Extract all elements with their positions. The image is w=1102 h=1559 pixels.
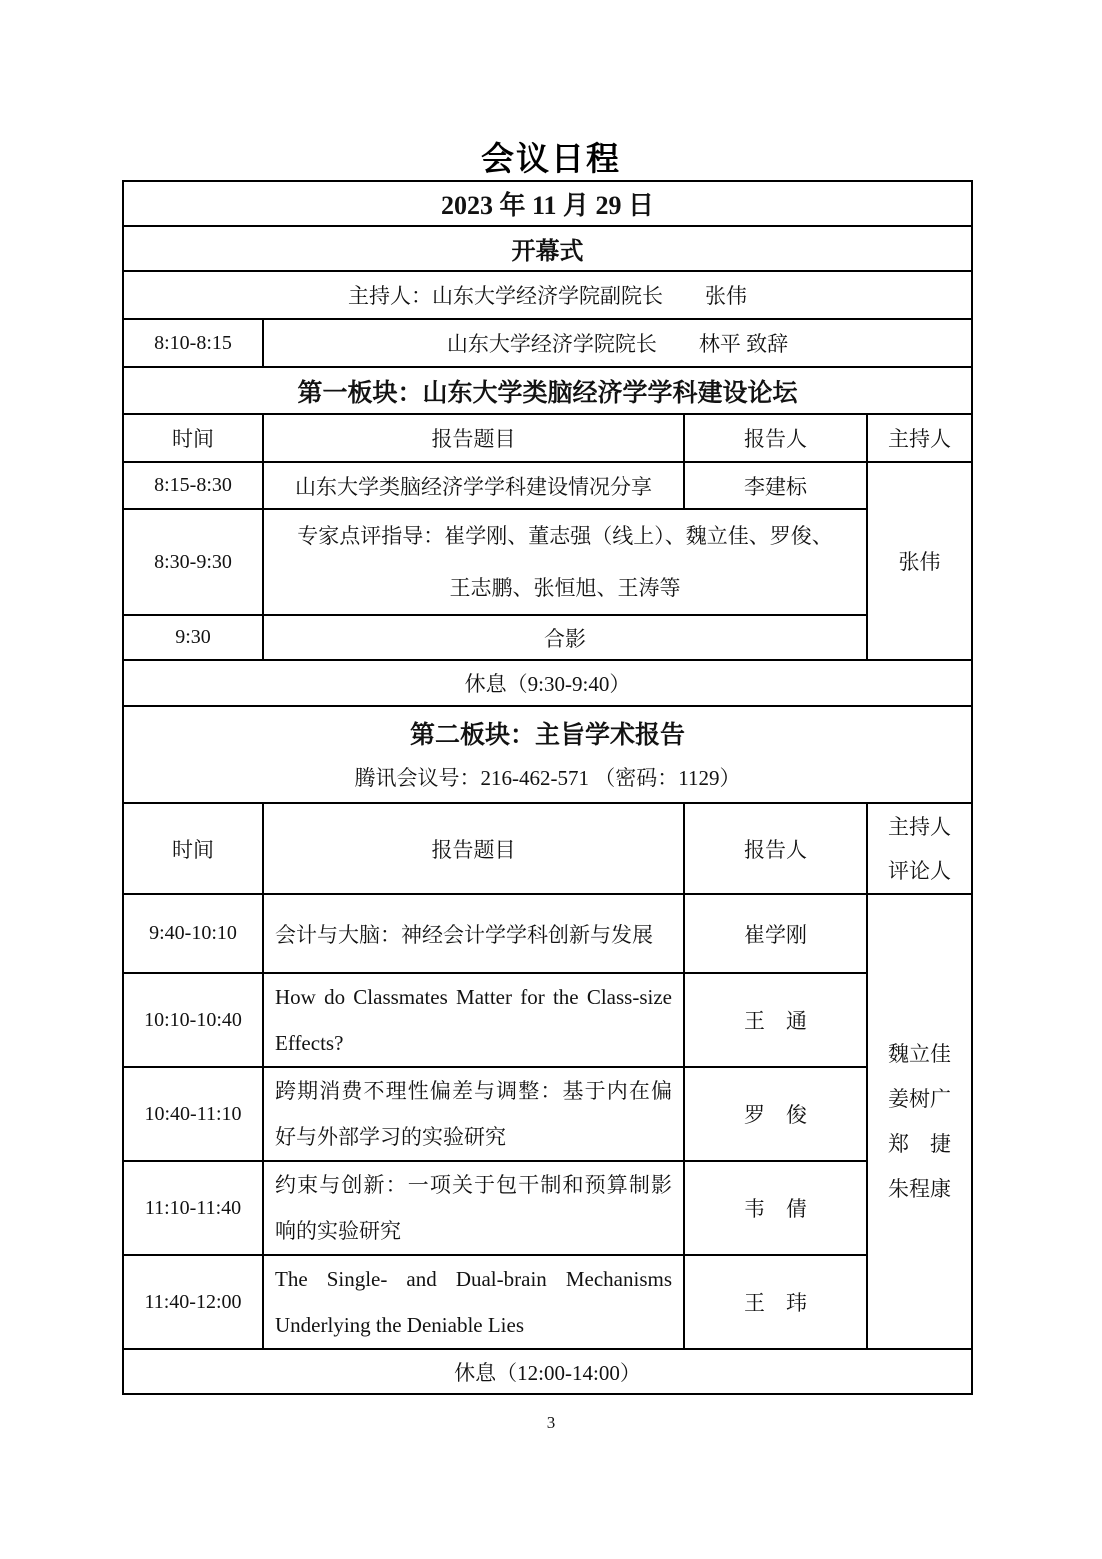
speaker-cell: 韦 倩 bbox=[684, 1161, 867, 1255]
speaker-cell: 王 玮 bbox=[684, 1255, 867, 1349]
time-cell: 8:30-9:30 bbox=[123, 509, 263, 615]
table-row: 8:15-8:30 山东大学类脑经济学学科建设情况分享 李建标 张伟 bbox=[123, 462, 972, 509]
topic-cell: How do Classmates Matter for the Class-s… bbox=[263, 973, 684, 1067]
topic-cell: 山东大学类脑经济学学科建设情况分享 bbox=[263, 462, 684, 509]
time-cell: 8:10-8:15 bbox=[123, 319, 263, 367]
topic-cell: 专家点评指导：崔学刚、董志强（线上）、魏立佳、罗俊、 王志鹏、张恒旭、王涛等 bbox=[263, 509, 867, 615]
topic-text: 约束与创新：一项关于包干制和预算制影响的实验研究 bbox=[275, 1162, 672, 1254]
opening-title: 开幕式 bbox=[123, 226, 972, 271]
table-row: 11:40-12:00 The Single- and Dual-brain M… bbox=[123, 1255, 972, 1349]
break-cell: 休息（12:00-14:00） bbox=[123, 1349, 972, 1394]
date-header: 2023 年 11 月 29 日 bbox=[123, 181, 972, 226]
date-row: 2023 年 11 月 29 日 bbox=[123, 181, 972, 226]
header-line: 评论人 bbox=[868, 849, 971, 893]
time-cell: 11:10-11:40 bbox=[123, 1161, 263, 1255]
speaker-cell: 王 通 bbox=[684, 973, 867, 1067]
document-title: 会议日程 bbox=[0, 133, 1102, 180]
page-number: 3 bbox=[0, 1413, 1102, 1433]
break-cell: 休息（9:30-9:40） bbox=[123, 660, 972, 706]
time-cell: 11:40-12:00 bbox=[123, 1255, 263, 1349]
section2-hosts-cell: 魏立佳 姜树广 郑 捷 朱程康 bbox=[867, 894, 972, 1349]
meeting-id-line: 腾讯会议号：216-462-571 （密码：1129） bbox=[124, 759, 971, 797]
section2-title: 第二板块：主旨学术报告 bbox=[124, 713, 971, 759]
opening-host-row: 主持人：山东大学经济学院副院长 张伟 bbox=[123, 271, 972, 319]
column-header-topic: 报告题目 bbox=[263, 803, 684, 894]
topic-line: 王志鹏、张恒旭、王涛等 bbox=[264, 562, 866, 614]
speaker-cell: 崔学刚 bbox=[684, 894, 867, 973]
break-row: 休息（9:30-9:40） bbox=[123, 660, 972, 706]
column-header-speaker: 报告人 bbox=[684, 414, 867, 462]
opening-row: 开幕式 bbox=[123, 226, 972, 271]
column-header-topic: 报告题目 bbox=[263, 414, 684, 462]
section2-title-cell: 第二板块：主旨学术报告 腾讯会议号：216-462-571 （密码：1129） bbox=[123, 706, 972, 803]
topic-cell: The Single- and Dual-brain Mechanisms Un… bbox=[263, 1255, 684, 1349]
topic-cell: 会计与大脑：神经会计学学科创新与发展 bbox=[263, 894, 684, 973]
section1-header-row: 时间 报告题目 报告人 主持人 bbox=[123, 414, 972, 462]
table-row: 11:10-11:40 约束与创新：一项关于包干制和预算制影响的实验研究 韦 倩 bbox=[123, 1161, 972, 1255]
topic-text: The Single- and Dual-brain Mechanisms Un… bbox=[275, 1256, 672, 1348]
speaker-cell: 罗 俊 bbox=[684, 1067, 867, 1161]
table-row: 10:40-11:10 跨期消费不理性偏差与调整：基于内在偏好与外部学习的实验研… bbox=[123, 1067, 972, 1161]
topic-cell: 合影 bbox=[263, 615, 867, 660]
section2-title-row: 第二板块：主旨学术报告 腾讯会议号：216-462-571 （密码：1129） bbox=[123, 706, 972, 803]
column-header-time: 时间 bbox=[123, 803, 263, 894]
topic-text: How do Classmates Matter for the Class-s… bbox=[275, 974, 672, 1066]
host-name: 姜树广 bbox=[868, 1077, 971, 1122]
topic-text: 跨期消费不理性偏差与调整：基于内在偏好与外部学习的实验研究 bbox=[275, 1068, 672, 1160]
opening-host-line: 主持人：山东大学经济学院副院长 张伟 bbox=[123, 271, 972, 319]
schedule-table: 2023 年 11 月 29 日 开幕式 主持人：山东大学经济学院副院长 张伟 … bbox=[122, 180, 973, 1395]
column-header-time: 时间 bbox=[123, 414, 263, 462]
time-cell: 8:15-8:30 bbox=[123, 462, 263, 509]
topic-cell: 跨期消费不理性偏差与调整：基于内在偏好与外部学习的实验研究 bbox=[263, 1067, 684, 1161]
time-cell: 10:40-11:10 bbox=[123, 1067, 263, 1161]
host-name: 郑 捷 bbox=[868, 1122, 971, 1167]
topic-line: 专家点评指导：崔学刚、董志强（线上）、魏立佳、罗俊、 bbox=[264, 510, 866, 562]
break-row: 休息（12:00-14:00） bbox=[123, 1349, 972, 1394]
section1-host-cell: 张伟 bbox=[867, 462, 972, 660]
table-row: 8:30-9:30 专家点评指导：崔学刚、董志强（线上）、魏立佳、罗俊、 王志鹏… bbox=[123, 509, 972, 615]
table-row: 9:30 合影 bbox=[123, 615, 972, 660]
speaker-cell: 李建标 bbox=[684, 462, 867, 509]
speech-cell: 山东大学经济学院院长 林平 致辞 bbox=[263, 319, 972, 367]
opening-speech-row: 8:10-8:15 山东大学经济学院院长 林平 致辞 bbox=[123, 319, 972, 367]
column-header-host-commenter: 主持人 评论人 bbox=[867, 803, 972, 894]
section1-title-row: 第一板块：山东大学类脑经济学学科建设论坛 bbox=[123, 367, 972, 414]
time-cell: 10:10-10:40 bbox=[123, 973, 263, 1067]
time-cell: 9:30 bbox=[123, 615, 263, 660]
column-header-host: 主持人 bbox=[867, 414, 972, 462]
header-line: 主持人 bbox=[868, 805, 971, 849]
table-row: 9:40-10:10 会计与大脑：神经会计学学科创新与发展 崔学刚 魏立佳 姜树… bbox=[123, 894, 972, 973]
column-header-speaker: 报告人 bbox=[684, 803, 867, 894]
section1-title: 第一板块：山东大学类脑经济学学科建设论坛 bbox=[123, 367, 972, 414]
time-cell: 9:40-10:10 bbox=[123, 894, 263, 973]
topic-cell: 约束与创新：一项关于包干制和预算制影响的实验研究 bbox=[263, 1161, 684, 1255]
host-name: 魏立佳 bbox=[868, 1032, 971, 1077]
host-name: 朱程康 bbox=[868, 1167, 971, 1212]
table-row: 10:10-10:40 How do Classmates Matter for… bbox=[123, 973, 972, 1067]
section2-header-row: 时间 报告题目 报告人 主持人 评论人 bbox=[123, 803, 972, 894]
